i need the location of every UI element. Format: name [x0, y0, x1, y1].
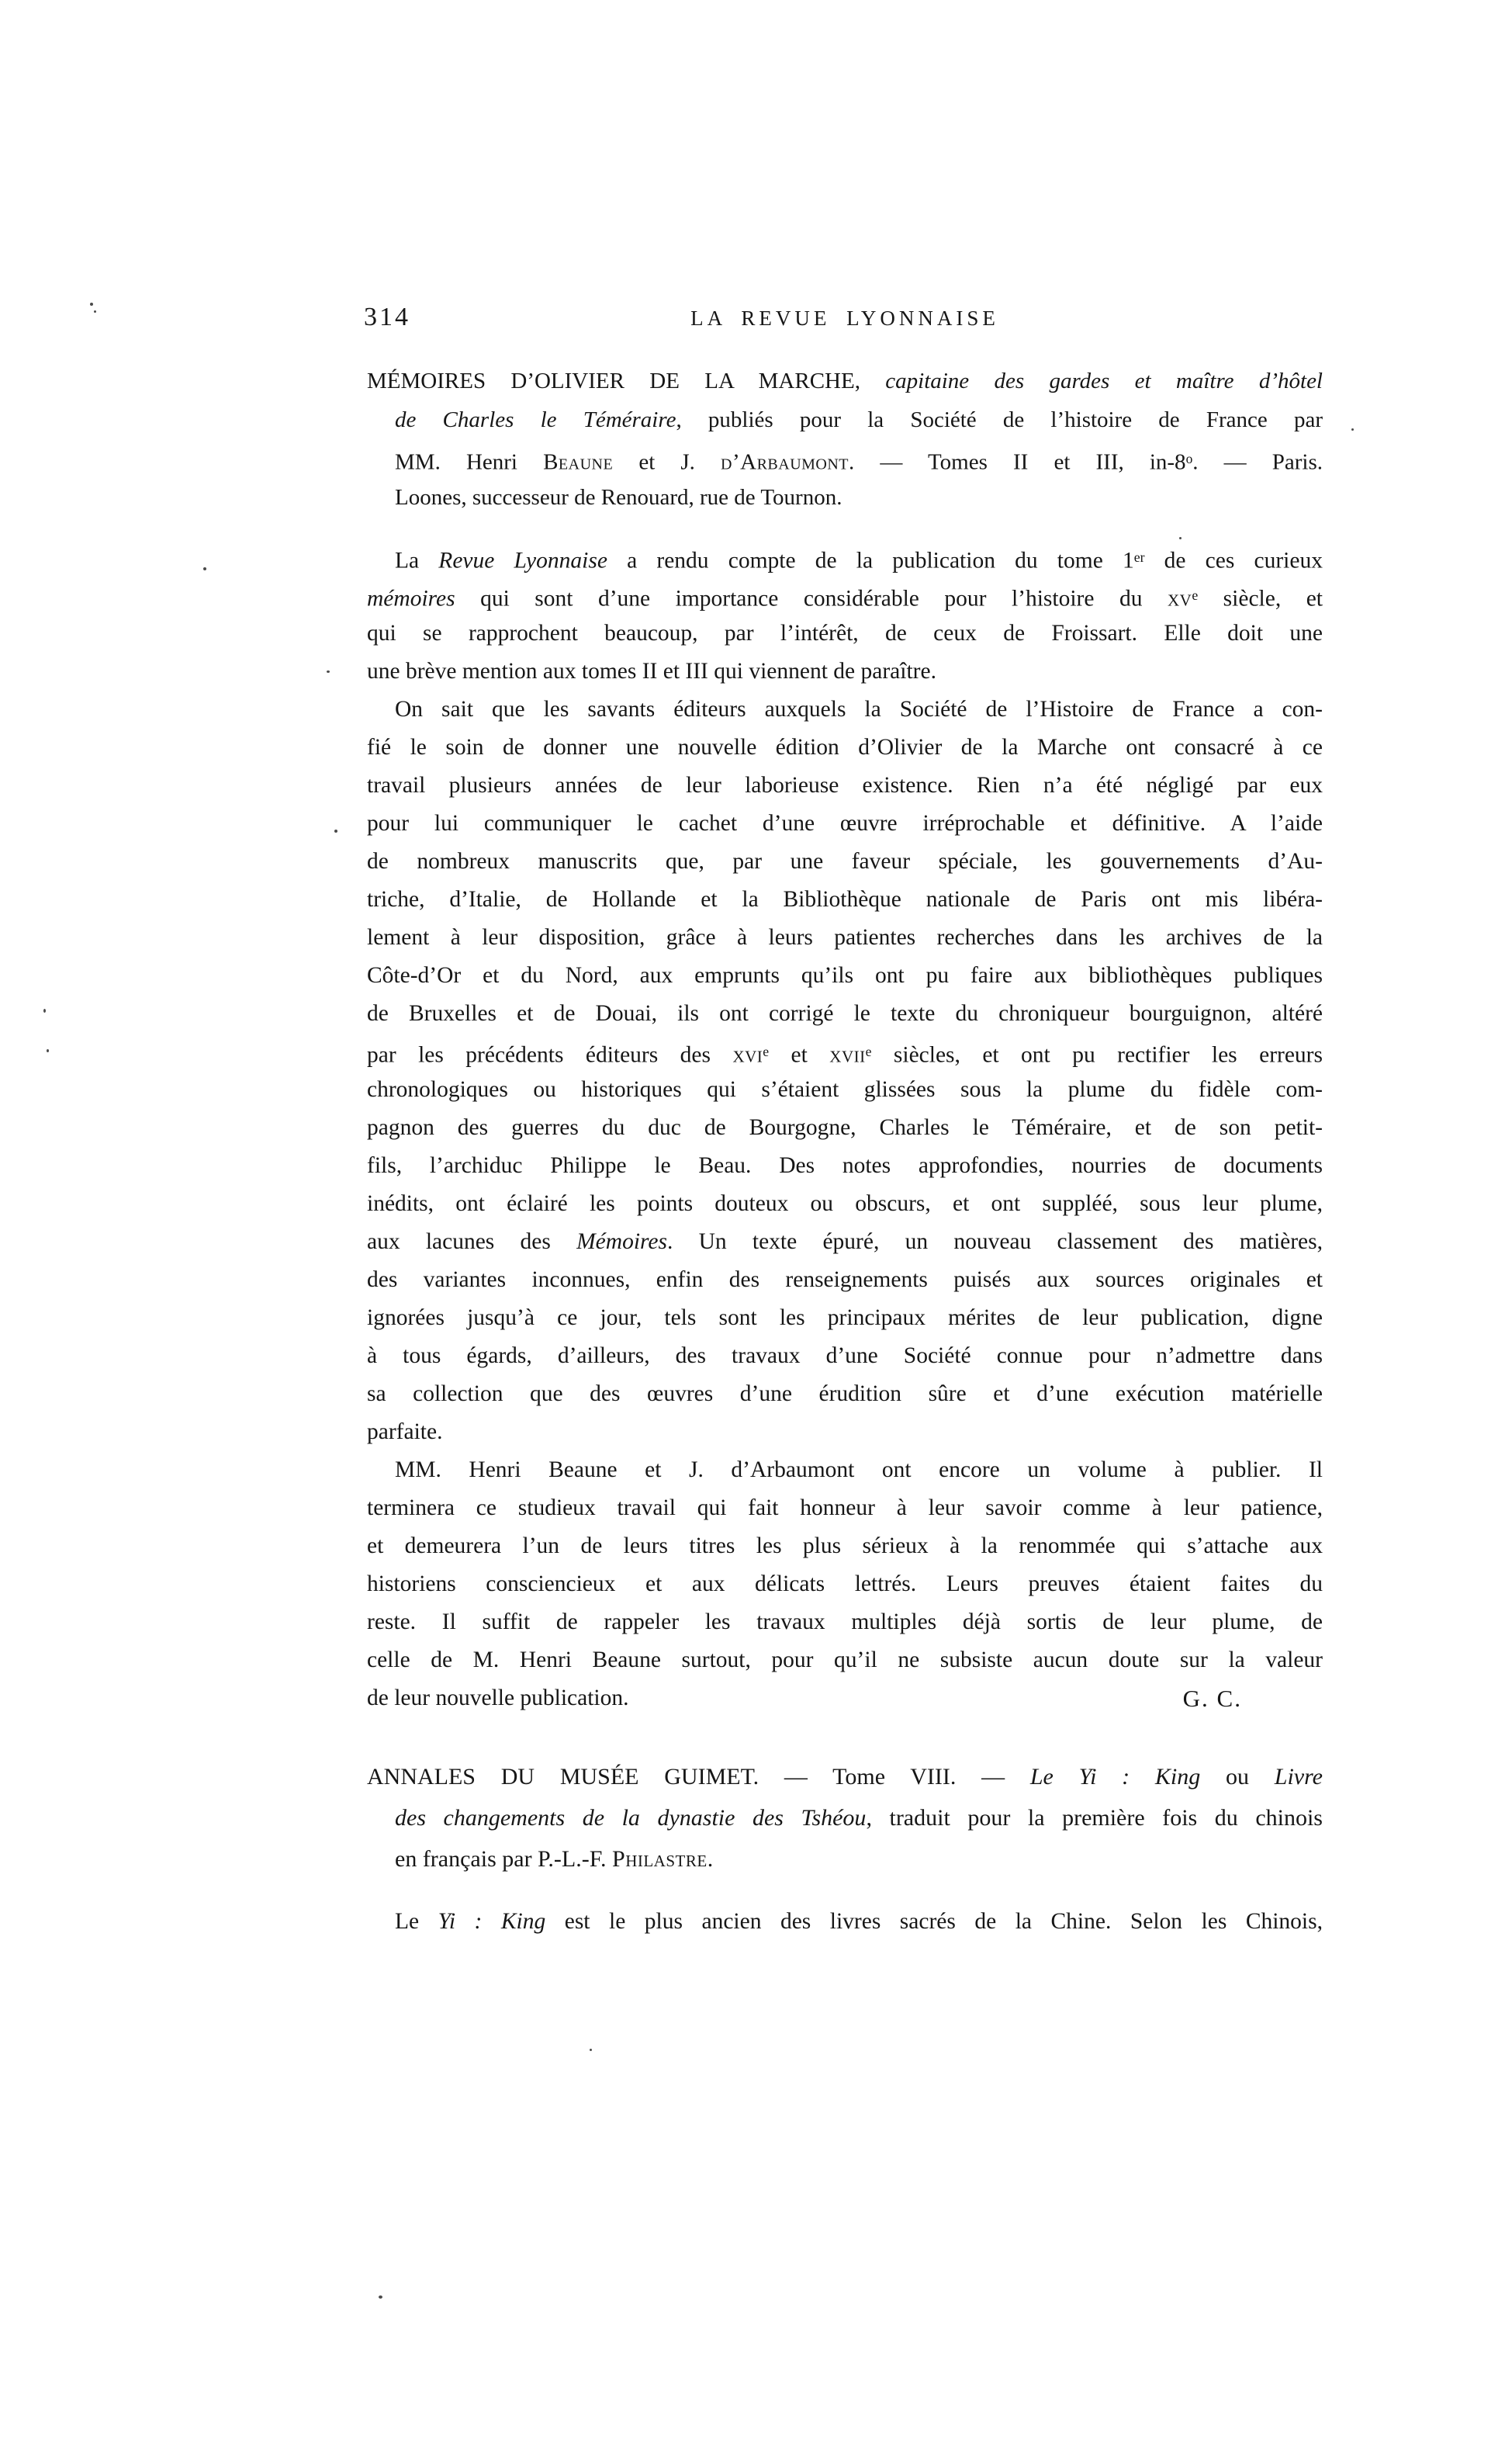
text-run: Loones, successeur de Renouard, rue de T…	[395, 485, 842, 510]
text-run: Mémoires	[576, 1229, 667, 1254]
text-run: capitaine des gardes et maître d’hôtel	[885, 369, 1323, 393]
text-line: parfaite.	[367, 1413, 1323, 1451]
text-line: ANNALES DU MUSÉE GUIMET. — Tome VIII. — …	[367, 1756, 1323, 1797]
text-run: chronologiques ou historiques qui s’étai…	[367, 1077, 1323, 1102]
text-run: Côte-d’Or et du Nord, aux emprunts qu’il…	[367, 963, 1323, 988]
text-run: siècles, et ont pu rectifier les erreurs	[871, 1042, 1323, 1067]
text-line: une brève mention aux tomes II et III qu…	[367, 653, 1323, 691]
text-run: fié le soin de donner une nouvelle éditi…	[367, 735, 1323, 760]
text-line: de Charles le Téméraire, publiés pour la…	[367, 400, 1323, 439]
text-run: une brève mention aux tomes II et III qu…	[367, 659, 936, 684]
text-line: qui se rapprochent beaucoup, par l’intér…	[367, 615, 1323, 653]
text-line: pour lui communiquer le cachet d’une œuv…	[367, 805, 1323, 843]
text-run: . — Tomes II et III, in-8	[849, 449, 1186, 474]
text-run: xvi	[732, 1042, 763, 1067]
reviewer-signature: G. C.	[1183, 1679, 1242, 1717]
text-line: en français par P.-L.-F. Philastre.	[367, 1838, 1323, 1880]
text-line: pagnon des guerres du duc de Bourgogne, …	[367, 1109, 1323, 1147]
text-run: , traduit pour la première fois du chino…	[866, 1805, 1323, 1831]
text-run: MM. Henri	[395, 449, 543, 474]
text-run: de leur nouvelle publication.	[367, 1686, 629, 1710]
text-run: xv	[1168, 586, 1192, 611]
text-line: ignorées jusqu’à ce jour, tels sont les …	[367, 1299, 1323, 1337]
text-line: et demeurera l’un de leurs titres les pl…	[367, 1527, 1323, 1565]
text-run: à tous égards, d’ailleurs, des travaux d…	[367, 1343, 1323, 1368]
text-line: travail plusieurs années de leur laborie…	[367, 767, 1323, 805]
text-run: et J.	[613, 449, 721, 474]
scanned-page: 314 LA REVUE LYONNAISE MÉMOIRES D’OLIVIE…	[0, 0, 1512, 2460]
text-run: parfaite.	[367, 1419, 442, 1444]
text-run: historiens consciencieux et aux délicats…	[367, 1571, 1323, 1596]
running-title: LA REVUE LYONNAISE	[367, 307, 1323, 331]
scan-speckle	[334, 830, 337, 833]
text-run: Livre	[1275, 1764, 1323, 1790]
text-line: MM. Henri Beaune et J. d’Arbaumont. — To…	[367, 439, 1323, 478]
text-line: des changements de la dynastie des Tshéo…	[367, 1797, 1323, 1838]
entry-memoires: MÉMOIRES D’OLIVIER DE LA MARCHE, capitai…	[367, 362, 1323, 517]
text-line: MÉMOIRES D’OLIVIER DE LA MARCHE, capitai…	[367, 362, 1323, 400]
scan-speckle	[94, 310, 96, 313]
text-run: pour lui communiquer le cachet d’une œuv…	[367, 811, 1323, 836]
text-run: de ces curieux	[1144, 548, 1323, 573]
paragraph-2: On sait que les savants éditeurs auxquel…	[367, 691, 1323, 1451]
text-run: est le plus ancien des livres sacrés de …	[545, 1909, 1323, 1934]
text-run: celle de M. Henri Beaune surtout, pour q…	[367, 1648, 1323, 1672]
text-run: de Bruxelles et de Douai, ils ont corrig…	[367, 1001, 1323, 1026]
text-line: fié le soin de donner une nouvelle éditi…	[367, 729, 1323, 767]
paragraph-1: La Revue Lyonnaise a rendu compte de la …	[367, 539, 1323, 691]
scan-speckle	[379, 2295, 382, 2299]
text-run: Beaune	[543, 449, 613, 474]
text-block: 314 LA REVUE LYONNAISE MÉMOIRES D’OLIVIE…	[367, 304, 1323, 1941]
text-run: en français par P.-L.-F.	[395, 1846, 612, 1872]
scan-speckle	[327, 670, 330, 673]
text-run: aux lacunes des	[367, 1229, 576, 1254]
paragraph-3: MM. Henri Beaune et J. d’Arbaumont ont e…	[367, 1451, 1323, 1717]
text-line: terminera ce studieux travail qui fait h…	[367, 1489, 1323, 1527]
text-line: reste. Il suffit de rappeler les travaux…	[367, 1603, 1323, 1641]
text-line: par les précédents éditeurs des xvie et …	[367, 1033, 1323, 1071]
scan-speckle	[90, 303, 93, 306]
text-run: Le	[395, 1909, 438, 1934]
text-run: par les précédents éditeurs des	[367, 1042, 732, 1067]
text-run: . — Paris.	[1192, 449, 1323, 474]
text-line: Loones, successeur de Renouard, rue de T…	[367, 478, 1323, 517]
text-line: inédits, ont éclairé les points douteux …	[367, 1185, 1323, 1223]
scan-speckle	[1179, 537, 1182, 539]
text-run: o	[1186, 451, 1193, 466]
text-run: Yi : King	[438, 1909, 546, 1934]
text-run: fils, l’archiduc Philippe le Beau. Des n…	[367, 1153, 1323, 1178]
text-line: mémoires qui sont d’une importance consi…	[367, 577, 1323, 615]
text-run: MM. Henri Beaune et J. d’Arbaumont ont e…	[395, 1457, 1323, 1482]
text-line: MM. Henri Beaune et J. d’Arbaumont ont e…	[367, 1451, 1323, 1489]
text-line: sa collection que des œuvres d’une érudi…	[367, 1375, 1323, 1413]
text-run: e	[763, 1044, 769, 1059]
text-run: triche, d’Italie, de Hollande et la Bibl…	[367, 887, 1323, 912]
scan-speckle	[47, 1049, 49, 1052]
text-line: de nombreux manuscrits que, par une fave…	[367, 843, 1323, 881]
text-line: Côte-d’Or et du Nord, aux emprunts qu’il…	[367, 957, 1323, 995]
text-run: MÉMOIRES D’OLIVIER DE LA MARCHE,	[367, 369, 885, 393]
text-run: d’Arbaumont	[721, 449, 849, 474]
text-run: .	[708, 1846, 714, 1872]
text-run: pagnon des guerres du duc de Bourgogne, …	[367, 1115, 1323, 1140]
text-line: de leur nouvelle publication.G. C.	[367, 1679, 1323, 1717]
text-run: . Un texte épuré, un nouveau classement …	[667, 1229, 1323, 1254]
paragraph-4: Le Yi : King est le plus ancien des livr…	[367, 1903, 1323, 1941]
text-run: ignorées jusqu’à ce jour, tels sont les …	[367, 1305, 1323, 1330]
scan-speckle	[43, 1009, 46, 1013]
text-run: et demeurera l’un de leurs titres les pl…	[367, 1533, 1323, 1558]
text-line: de Bruxelles et de Douai, ils ont corrig…	[367, 995, 1323, 1033]
text-run: des changements de la dynastie des Tshéo…	[395, 1805, 866, 1831]
page-header: 314 LA REVUE LYONNAISE	[367, 304, 1323, 362]
text-run: Le Yi : King	[1030, 1764, 1200, 1790]
text-run: , publiés pour la Société de l’histoire …	[676, 407, 1323, 432]
text-line: chronologiques ou historiques qui s’étai…	[367, 1071, 1323, 1109]
text-line: celle de M. Henri Beaune surtout, pour q…	[367, 1641, 1323, 1679]
text-run: e	[1192, 587, 1198, 603]
text-line: On sait que les savants éditeurs auxquel…	[367, 691, 1323, 729]
text-line: La Revue Lyonnaise a rendu compte de la …	[367, 539, 1323, 577]
text-run: qui sont d’une importance considérable p…	[455, 586, 1168, 611]
text-run: a rendu compte de la publication du tome…	[607, 548, 1134, 573]
text-run: terminera ce studieux travail qui fait h…	[367, 1495, 1323, 1520]
scan-speckle	[1351, 428, 1354, 431]
text-run: des variantes inconnues, enfin des rense…	[367, 1267, 1323, 1292]
text-run: qui se rapprochent beaucoup, par l’intér…	[367, 621, 1323, 646]
text-run: Philastre	[612, 1846, 708, 1872]
text-line: des variantes inconnues, enfin des rense…	[367, 1261, 1323, 1299]
text-run: mémoires	[367, 586, 455, 611]
text-line: lement à leur disposition, grâce à leurs…	[367, 919, 1323, 957]
text-run: ANNALES DU MUSÉE GUIMET. — Tome VIII. —	[367, 1764, 1030, 1790]
text-run: travail plusieurs années de leur laborie…	[367, 773, 1323, 798]
page-flow: MÉMOIRES D’OLIVIER DE LA MARCHE, capitai…	[367, 362, 1323, 1941]
text-run: inédits, ont éclairé les points douteux …	[367, 1191, 1323, 1216]
text-run: er	[1134, 549, 1145, 565]
text-line: historiens consciencieux et aux délicats…	[367, 1565, 1323, 1603]
text-run: On sait que les savants éditeurs auxquel…	[395, 697, 1323, 722]
text-line: triche, d’Italie, de Hollande et la Bibl…	[367, 881, 1323, 919]
text-run: ou	[1200, 1764, 1275, 1790]
text-line: fils, l’archiduc Philippe le Beau. Des n…	[367, 1147, 1323, 1185]
scan-speckle	[203, 567, 206, 570]
text-run: xvii	[829, 1042, 865, 1067]
text-run: siècle, et	[1198, 586, 1323, 611]
entry-annales: ANNALES DU MUSÉE GUIMET. — Tome VIII. — …	[367, 1756, 1323, 1880]
text-run: et	[769, 1042, 829, 1067]
text-line: Le Yi : King est le plus ancien des livr…	[367, 1903, 1323, 1941]
text-run: de Charles le Téméraire	[395, 407, 676, 432]
text-line: à tous égards, d’ailleurs, des travaux d…	[367, 1337, 1323, 1375]
text-line: aux lacunes des Mémoires. Un texte épuré…	[367, 1223, 1323, 1261]
scan-speckle	[590, 2049, 592, 2051]
text-run: reste. Il suffit de rappeler les travaux…	[367, 1609, 1323, 1634]
text-run: La	[395, 548, 438, 573]
text-run: Revue Lyonnaise	[438, 548, 607, 573]
text-run: lement à leur disposition, grâce à leurs…	[367, 925, 1323, 950]
text-run: sa collection que des œuvres d’une érudi…	[367, 1381, 1323, 1406]
text-run: de nombreux manuscrits que, par une fave…	[367, 849, 1323, 874]
